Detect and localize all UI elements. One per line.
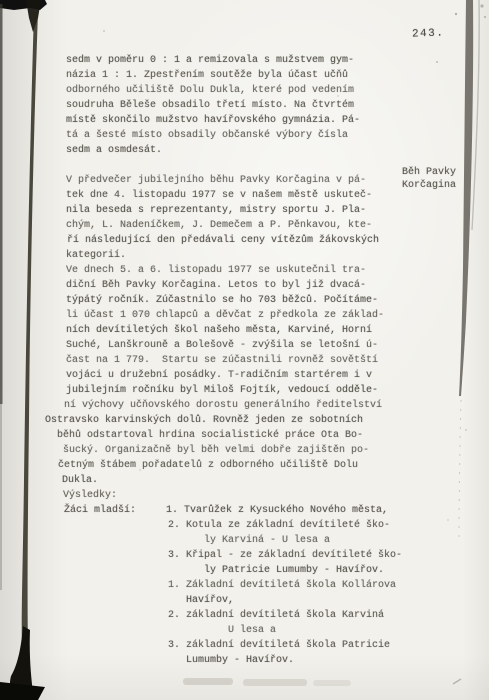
text-line: běhů odstartoval hrdina socialistické pr… [57,428,402,443]
text-line: Havířov, [66,593,402,608]
text-line: Výsledky: [63,488,402,503]
text-line: čast na 1 779. Startu se zúčastnili rovn… [66,353,402,368]
scanned-document-page: 243. sedm v poměru 0 : 1 a remizovala s … [0,0,489,700]
text-line: ní výchovy učňovského dorostu generálníh… [64,398,402,413]
text-line: chým, L. Nadeníčkem, J. Demečem a P. Pěn… [66,218,402,233]
text-line: týpátý ročník. Zúčastnilo se ho 703 běžc… [66,293,402,308]
text-line: Lumumby - Havířov. [66,653,402,668]
text-line: kategorií. [66,248,402,263]
text-line: 2. základní devítiletá škola Karviná [66,608,402,623]
text-line: ly Karviná - U lesa a [66,533,402,548]
text-line: Žáci mladší: 1. Tvarůžek z Kysuckého Nov… [64,503,402,518]
text-line: li účast 1 070 chlapců a děvčat z předko… [66,308,402,323]
binding-mark-bottom [10,626,33,695]
typewritten-body-text: sedm v poměru 0 : 1 a remizovala s mužst… [66,53,402,668]
page-edge-line [459,0,473,396]
text-line: vojáci u družební posádky. T-radičním st… [66,368,402,383]
text-line: 1. Základní devítiletá škola Kollárova [66,578,402,593]
gutter-shadow-line [22,12,38,648]
page-number: 243. [412,27,445,40]
text-line: Dukla. [62,473,402,488]
text-line: 3. Křipal - ze základní devítileté ško- [66,548,402,563]
text-line: názia 1 : 1. Zpestřením soutěže byla úča… [66,68,402,83]
text-line: sedm v poměru 0 : 1 a remizovala s mužst… [66,53,402,68]
text-line: jubilejním ročníku byl Miloš Fojtík, ved… [66,383,402,398]
text-line: diční Běh Pavky Korčagina. Letos to byl … [66,278,402,293]
text-line: odborného učiliště Dolu Dukla, které pod… [66,83,402,98]
text-line: soudruha Běleše obsadilo třetí místo. Na… [66,98,402,113]
text-line: šucký. Organizačně byl běh velmi dobře z… [63,443,402,458]
text-line: nila beseda s reprezentanty, mistry spor… [66,203,402,218]
text-line: ly Patricie Lumumby - Havířov. [66,563,402,578]
text-line: ří následující den předávali ceny vítězů… [67,233,402,248]
text-line: U lesa a [66,623,402,638]
text-line: četným štábem pořadatelů z odborného uči… [58,458,402,473]
text-line: sedm a osmdesát. [66,143,402,158]
text-line: Suché, Lanškrouně a Bolešově - zvýšila s… [66,338,402,353]
text-line: ních devítiletých škol našeho města, Kar… [66,323,402,338]
text-line [66,158,402,173]
text-line: 3. základní devítiletá škola Patricie [66,638,402,653]
text-line: tek dne 4. listopadu 1977 se v našem měs… [66,188,402,203]
text-line: tá a šesté místo obsadily občanské výbor… [66,128,402,143]
text-line: Ostravsko karvinských dolů. Rovněž jeden… [45,413,402,428]
text-line: místě skončilo mužstvo havířovského gymn… [66,113,402,128]
text-line: Ve dnech 5. a 6. listopadu 1977 se uskut… [66,263,402,278]
margin-note-line-1: Běh Pavky [402,166,456,179]
binding-mark-top [0,0,47,10]
text-line: 2. Kotula ze základní devítileté ško- [66,518,402,533]
margin-note-line-2: Korčagina [402,179,456,192]
text-line: V předvečer jubilejního běhu Pavky Korča… [66,173,402,188]
margin-note: Běh Pavky Korčagina [402,166,456,192]
